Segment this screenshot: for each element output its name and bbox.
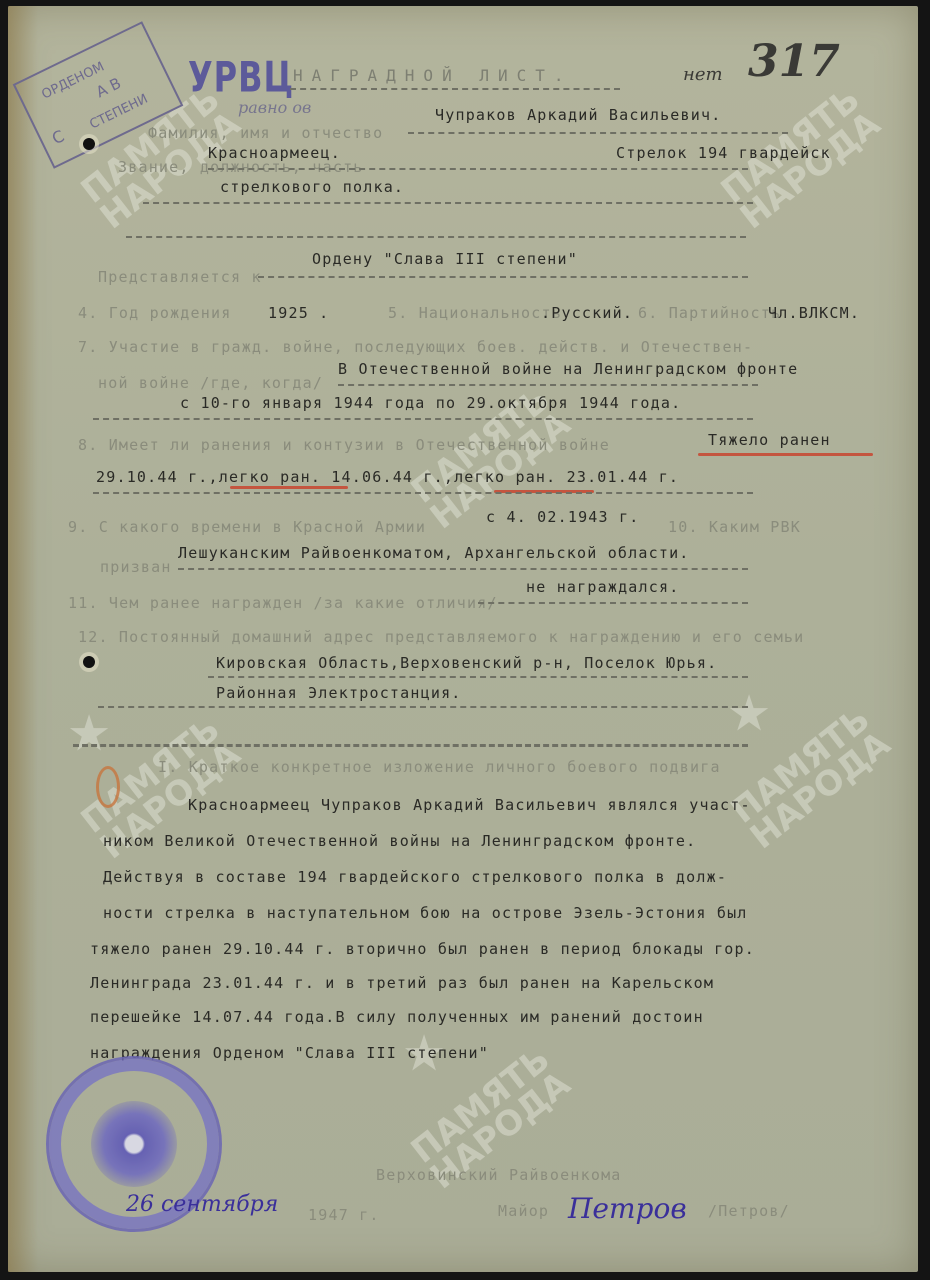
red-pencil-underline — [698, 453, 873, 456]
award-value: Ордену "Слава III степени" — [312, 250, 578, 268]
urvc-stamp: УРВЦ — [188, 52, 294, 101]
presented-label: Представляется к — [98, 268, 262, 286]
signer-rank: Майор — [498, 1202, 549, 1220]
participation-label-2: ной войне /где, когда/ — [98, 374, 323, 392]
nationality-label: 5. Национальность — [388, 304, 562, 322]
divider — [290, 88, 620, 90]
party-label: 6. Партийность — [638, 304, 781, 322]
signer-title: Верховинский Райвоенкома — [376, 1166, 622, 1184]
feat-label: I. Краткое конкретное изложение личного … — [158, 758, 721, 776]
divider — [478, 602, 748, 604]
position-value-2: стрелкового полка. — [220, 178, 404, 196]
document-title: НАГРАДНОЙ ЛИСТ. — [293, 66, 573, 85]
pencil-note: равно ов — [238, 98, 311, 117]
year: 1947 г. — [308, 1206, 380, 1224]
position-label: Звание, должность, часть — [118, 158, 364, 176]
signature: Петров — [568, 1192, 687, 1225]
narrative-line: Красноармеец Чупраков Аркадий Васильевич… — [188, 796, 751, 814]
handwritten-date: 26 сентября — [126, 1192, 278, 1217]
narrative-line: ником Великой Отечественной войны на Лен… — [103, 832, 696, 850]
address-value-1: Кировская Область,Верховенский р-н, Посе… — [216, 654, 717, 672]
divider — [208, 168, 748, 170]
divider — [93, 492, 753, 494]
narrative-line: тяжело ранен 29.10.44 г. вторично был ра… — [90, 940, 755, 958]
draft-value: Лешуканским Райвоенкоматом, Архангельско… — [178, 544, 690, 562]
name-value: Чупраков Аркадий Васильевич. — [435, 106, 721, 124]
narrative-line: ности стрелка в наступательном бою на ос… — [103, 904, 748, 922]
divider — [73, 744, 748, 747]
wounds-value-2: 29.10.44 г.,легко ран. 14.06.44 г.,легко… — [96, 468, 679, 486]
narrative-line: перешейке 14.07.44 года.В силу полученны… — [90, 1008, 704, 1026]
rvk-label: 10. Каким РВК — [668, 518, 801, 536]
nationality-value: .Русский. — [541, 304, 633, 322]
draft-label: призван — [100, 558, 172, 576]
address-label: 12. Постоянный домашний адрес представля… — [78, 628, 804, 646]
birth-value: 1925 . — [268, 304, 329, 322]
participation-value-2: с 10-го января 1944 года по 29.октября 1… — [180, 394, 681, 412]
divider — [408, 132, 788, 134]
signer-name: /Петров/ — [708, 1202, 790, 1220]
since-label: 9. С какого времени в Красной Армии — [68, 518, 426, 536]
divider — [208, 676, 748, 678]
wounds-value-1: Тяжело ранен — [708, 431, 831, 449]
divider — [98, 706, 748, 708]
orange-pencil-mark — [96, 766, 120, 808]
award-sheet-page: ПАМЯТЬНАРОДА ПАМЯТЬНАРОДА ПАМЯТЬНАРОДА П… — [8, 6, 918, 1272]
name-label: Фамилия, имя и отчество — [148, 124, 383, 142]
star-watermark-icon: ★ — [68, 686, 110, 768]
divider — [143, 202, 753, 204]
divider — [258, 276, 748, 278]
coat-of-arms-icon — [91, 1101, 177, 1187]
divider — [93, 418, 753, 420]
address-value-2: Районная Электростанция. — [216, 684, 462, 702]
pencil-number: 317 — [748, 36, 840, 87]
punch-hole — [83, 138, 95, 150]
position-value: Стрелок 194 гвардейск — [616, 144, 831, 162]
prior-awards-label: 11. Чем ранее награжден /за какие отличи… — [68, 594, 498, 612]
narrative-line: Ленинграда 23.01.44 г. и в третий раз бы… — [90, 974, 714, 992]
since-value: с 4. 02.1943 г. — [486, 508, 639, 526]
participation-label: 7. Участие в гражд. войне, последующих б… — [78, 338, 753, 356]
divider — [178, 568, 748, 570]
narrative-line: Действуя в составе 194 гвардейского стре… — [103, 868, 727, 886]
divider — [338, 384, 758, 386]
party-value: Чл.ВЛКСМ. — [768, 304, 860, 322]
punch-hole — [83, 656, 95, 668]
divider — [126, 236, 746, 238]
wounds-label: 8. Имеет ли ранения и контузии в Отечест… — [78, 436, 610, 454]
red-pencil-underline — [230, 486, 348, 489]
prior-awards-value: не награждался. — [526, 578, 679, 596]
pencil-note: нет — [683, 64, 723, 85]
participation-value-1: В Отечественной войне на Ленинградском ф… — [338, 360, 798, 378]
birth-label: 4. Год рождения — [78, 304, 231, 322]
